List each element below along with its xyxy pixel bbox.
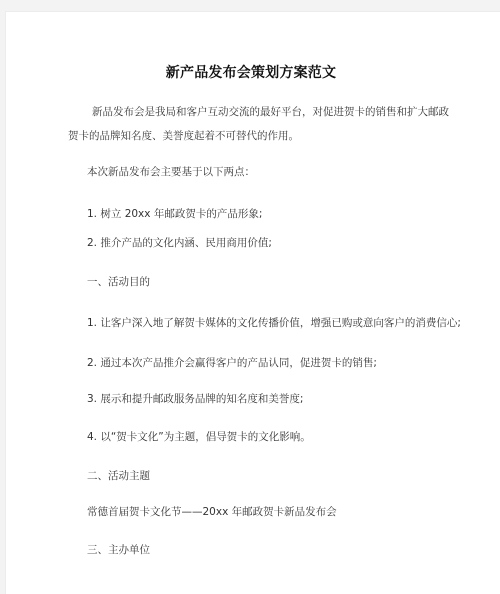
basis-item-2: 2. 推介产品的文化内涵、民用商用价值; (87, 231, 457, 255)
section-heading-theme: 二、活动主题 (87, 464, 457, 488)
purpose-item-4: 4. 以“贺卡文化”为主题，倡导贺卡的文化影响。 (87, 425, 457, 449)
basis-item-1: 1. 树立 20xx 年邮政贺卡的产品形象; (87, 202, 457, 226)
document-page: 新产品发布会策划方案范文 新品发布会是我局和客户互动交流的最好平台，对促进贺卡的… (5, 11, 500, 594)
section-heading-organizer: 三、主办单位 (87, 538, 457, 562)
basis-intro: 本次新品发布会主要基于以下两点： (87, 160, 457, 184)
purpose-item-3: 3. 展示和提升邮政服务品牌的知名度和美誉度; (87, 387, 457, 411)
theme-text: 常德首届贺卡文化节——20xx 年邮政贺卡新品发布会 (87, 500, 457, 524)
purpose-item-1: 1. 让客户深入地了解贺卡媒体的文化传播价值，增强已购或意向客户的消费信心; (87, 311, 457, 335)
purpose-item-2: 2. 通过本次产品推介会赢得客户的产品认同，促进贺卡的销售; (87, 351, 457, 375)
intro-paragraph: 新品发布会是我局和客户互动交流的最好平台，对促进贺卡的销售和扩大邮政贺卡的品牌知… (68, 100, 453, 148)
section-heading-purpose: 一、活动目的 (87, 270, 457, 294)
document-title: 新产品发布会策划方案范文 (6, 62, 496, 82)
